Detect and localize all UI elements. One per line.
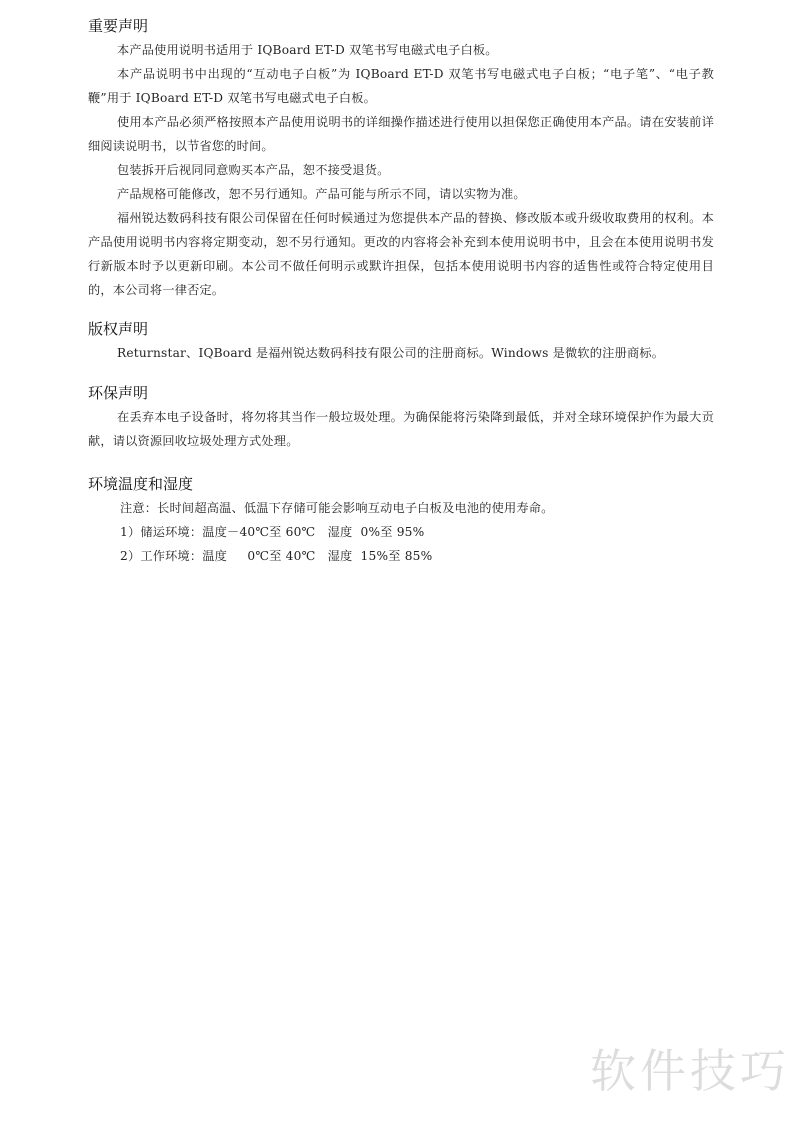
paragraph-terminology: 本产品说明书中出现的“互动电子白板”为 IQBoard ET-D 双笔书写电磁式… bbox=[88, 62, 714, 110]
section-spacer bbox=[88, 453, 714, 472]
operating-conditions: 2）工作环境：温度 0℃至 40℃ 湿度 15%至 85% bbox=[120, 544, 714, 568]
section-title-important-notice: 重要声明 bbox=[88, 14, 714, 38]
section-spacer bbox=[88, 365, 714, 381]
section-environmental: 环保声明 在丢弃本电子设备时，将勿将其当作一般垃圾处理。为确保能将污染降到最低，… bbox=[88, 381, 714, 453]
section-title-environmental: 环保声明 bbox=[88, 381, 714, 405]
conditions-list: 注意：长时间超高温、低温下存储可能会影响互动电子白板及电池的使用寿命。 1）储运… bbox=[88, 496, 714, 568]
storage-conditions: 1）储运环境：温度－40℃至 60℃ 湿度 0%至 95% bbox=[120, 520, 714, 544]
paragraph-company-rights: 福州锐达数码科技有限公司保留在任何时候通过为您提供本产品的替换、修改版本或升级收… bbox=[88, 206, 714, 302]
watermark-text: 软件技巧 bbox=[590, 1035, 790, 1101]
caution-note: 注意：长时间超高温、低温下存储可能会影响互动电子白板及电池的使用寿命。 bbox=[120, 496, 714, 520]
section-temperature-humidity: 环境温度和湿度 注意：长时间超高温、低温下存储可能会影响互动电子白板及电池的使用… bbox=[88, 472, 714, 568]
paragraph-applicability: 本产品使用说明书适用于 IQBoard ET-D 双笔书写电磁式电子白板。 bbox=[88, 38, 714, 62]
paragraph-spec-changes: 产品规格可能修改，恕不另行通知。产品可能与所示不同，请以实物为准。 bbox=[88, 182, 714, 206]
section-title-copyright: 版权声明 bbox=[88, 317, 714, 341]
section-title-temperature-humidity: 环境温度和湿度 bbox=[88, 472, 714, 496]
document-page: 重要声明 本产品使用说明书适用于 IQBoard ET-D 双笔书写电磁式电子白… bbox=[88, 14, 714, 568]
paragraph-disposal: 在丢弃本电子设备时，将勿将其当作一般垃圾处理。为确保能将污染降到最低，并对全球环… bbox=[88, 405, 714, 453]
section-important-notice: 重要声明 本产品使用说明书适用于 IQBoard ET-D 双笔书写电磁式电子白… bbox=[88, 14, 714, 302]
paragraph-usage-instructions: 使用本产品必须严格按照本产品使用说明书的详细操作描述进行使用以担保您正确使用本产… bbox=[88, 110, 714, 158]
section-spacer bbox=[88, 302, 714, 317]
paragraph-no-returns: 包装拆开后视同同意购买本产品，恕不接受退货。 bbox=[88, 158, 714, 182]
section-copyright: 版权声明 Returnstar、IQBoard 是福州锐达数码科技有限公司的注册… bbox=[88, 317, 714, 365]
paragraph-trademarks: Returnstar、IQBoard 是福州锐达数码科技有限公司的注册商标。Wi… bbox=[88, 341, 714, 365]
